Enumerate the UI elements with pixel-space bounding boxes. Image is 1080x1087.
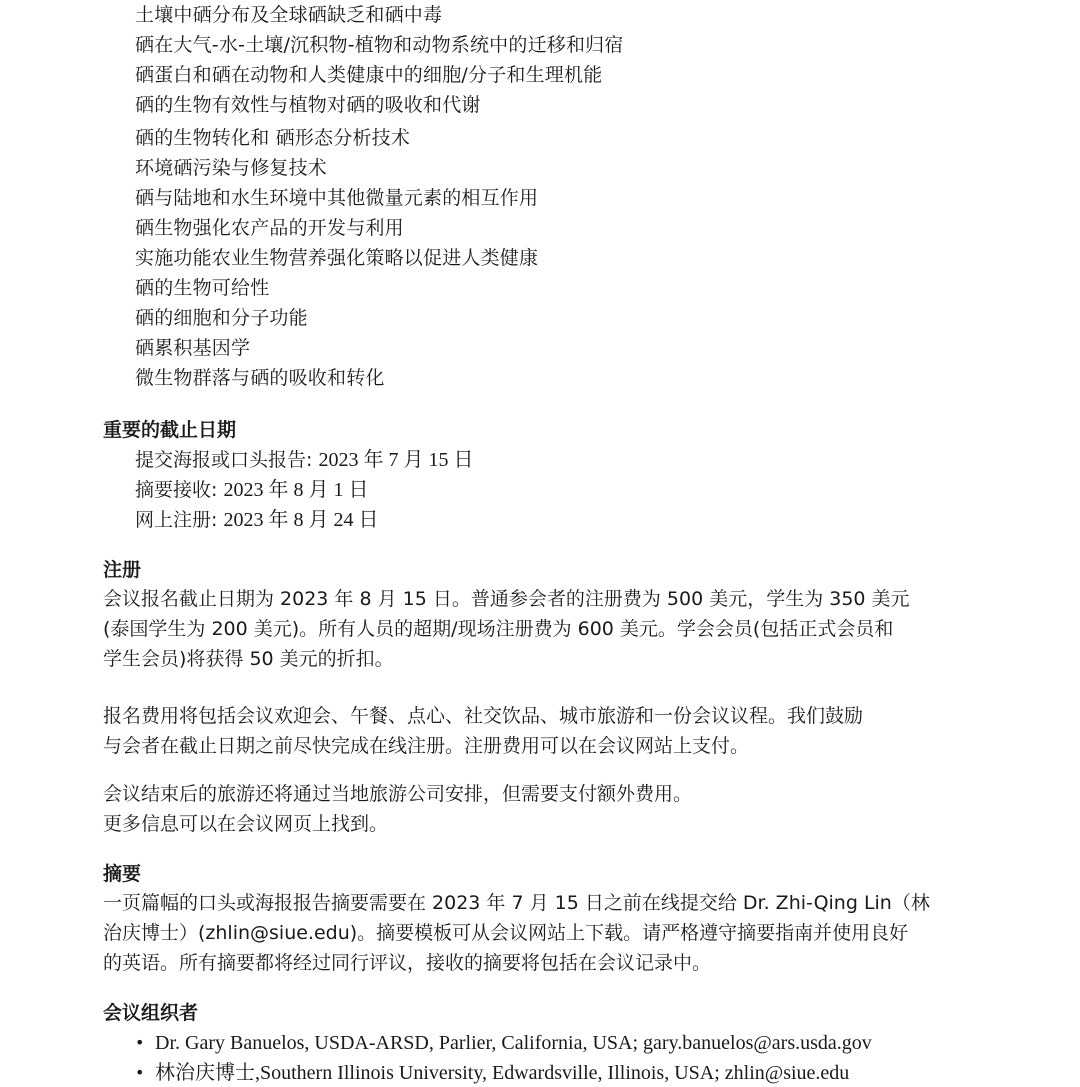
topic-item: 硒的细胞和分子功能 [135,303,1035,333]
topic-item: 微生物群落与硒的吸收和转化 [135,363,1035,393]
organizers-list: • Dr. Gary Banuelos, USDA-ARSD, Parlier,… [135,1028,1035,1087]
registration-heading: 注册 [103,557,141,583]
bullet-icon: • [135,1058,144,1087]
deadline-date: 2023 年 8 月 1 日 [223,479,368,501]
organizers-heading: 会议组织者 [103,1000,198,1026]
paragraph-line: 学生会员)将获得 50 美元的折扣。 [103,644,983,674]
organizer-details: Dr. Gary Banuelos, USDA-ARSD, Parlier, C… [155,1032,643,1054]
topic-item: 硒的生物有效性与植物对硒的吸收和代谢 [135,90,1035,120]
organizer-item: • Dr. Gary Banuelos, USDA-ARSD, Parlier,… [135,1028,1035,1058]
topic-item: 硒的生物可给性 [135,273,1035,303]
bullet-icon: • [135,1028,144,1058]
deadline-label: 摘要接收: [135,479,223,501]
organizer-email-link[interactable]: gary.banuelos@ars.usda.gov [643,1032,872,1054]
deadlines-heading: 重要的截止日期 [103,417,236,443]
registration-paragraph-fees: 会议报名截止日期为 2023 年 8 月 15 日。普通参会者的注册费为 500… [103,584,983,674]
topic-list: 土壤中硒分布及全球硒缺乏和硒中毒 硒在大气-水-土壤/沉积物-植物和动物系统中的… [135,0,1035,393]
paragraph-line: (泰国学生为 200 美元)。所有人员的超期/现场注册费为 600 美元。学会会… [103,614,983,644]
deadline-label: 提交海报或口头报告: [135,449,318,471]
topic-item: 环境硒污染与修复技术 [135,153,1035,183]
paragraph-line: 治庆博士）(zhlin@siue.edu)。摘要模板可从会议网站上下载。请严格遵… [103,918,983,948]
deadlines-list: 提交海报或口头报告: 2023 年 7 月 15 日 摘要接收: 2023 年 … [135,445,1015,535]
deadline-item: 提交海报或口头报告: 2023 年 7 月 15 日 [135,445,1015,475]
topic-item: 硒累积基因学 [135,333,1035,363]
paragraph-line: 一页篇幅的口头或海报报告摘要需要在 2023 年 7 月 15 日之前在线提交给… [103,888,983,918]
topic-item: 硒在大气-水-土壤/沉积物-植物和动物系统中的迁移和归宿 [135,30,1035,60]
paragraph-line: 报名费用将包括会议欢迎会、午餐、点心、社交饮品、城市旅游和一份会议议程。我们鼓励 [103,701,983,731]
organizer-details: 林治庆博士,Southern Illinois University, Edwa… [155,1062,725,1084]
topic-item: 实施功能农业生物营养强化策略以促进人类健康 [135,243,1035,273]
deadline-item: 摘要接收: 2023 年 8 月 1 日 [135,475,1015,505]
abstract-paragraph: 一页篇幅的口头或海报报告摘要需要在 2023 年 7 月 15 日之前在线提交给… [103,888,983,978]
abstract-heading: 摘要 [103,861,141,887]
paragraph-line: 与会者在截止日期之前尽快完成在线注册。注册费用可以在会议网站上支付。 [103,731,983,761]
organizer-item: • 林治庆博士,Southern Illinois University, Ed… [135,1058,1035,1087]
topic-item: 硒生物强化农产品的开发与利用 [135,213,1035,243]
topic-item: 土壤中硒分布及全球硒缺乏和硒中毒 [135,0,1035,30]
topic-item: 硒的生物转化和 硒形态分析技术 [135,123,1035,153]
paragraph-line: 更多信息可以在会议网页上找到。 [103,809,983,839]
registration-paragraph-tours: 会议结束后的旅游还将通过当地旅游公司安排，但需要支付额外费用。 更多信息可以在会… [103,779,983,839]
paragraph-line: 会议报名截止日期为 2023 年 8 月 15 日。普通参会者的注册费为 500… [103,584,983,614]
deadline-date: 2023 年 7 月 15 日 [318,449,473,471]
topic-item: 硒与陆地和水生环境中其他微量元素的相互作用 [135,183,1035,213]
deadline-item: 网上注册: 2023 年 8 月 24 日 [135,505,1015,535]
organizer-email-link[interactable]: zhlin@siue.edu [725,1062,850,1084]
deadline-label: 网上注册: [135,509,223,531]
topic-item: 硒蛋白和硒在动物和人类健康中的细胞/分子和生理机能 [135,60,1035,90]
paragraph-line: 会议结束后的旅游还将通过当地旅游公司安排，但需要支付额外费用。 [103,779,983,809]
registration-paragraph-includes: 报名费用将包括会议欢迎会、午餐、点心、社交饮品、城市旅游和一份会议议程。我们鼓励… [103,701,983,761]
deadline-date: 2023 年 8 月 24 日 [223,509,378,531]
paragraph-line: 的英语。所有摘要都将经过同行评议，接收的摘要将包括在会议记录中。 [103,948,983,978]
